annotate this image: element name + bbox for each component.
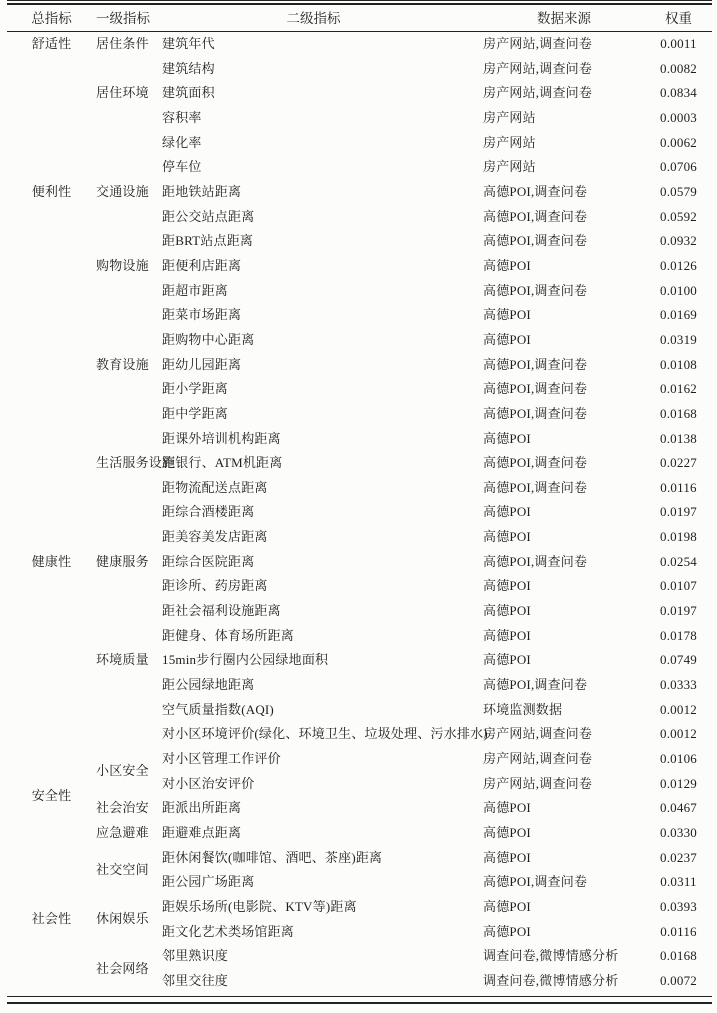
table-row: 休闲娱乐距娱乐场所(电影院、KTV等)距离高德POI0.0393 [7,895,712,920]
indicator-cell: 邻里交往度 [144,969,483,994]
indicator-cell: 距社会福利设施距离 [144,599,483,624]
table-row: 社会网络邻里熟识度调查问卷,微博情感分析0.0168 [7,944,712,969]
col-header-level2-indicator: 二级指标 [144,2,483,32]
source-cell: 高德POI [483,821,645,846]
indicator-cell: 建筑结构 [144,57,483,82]
source-cell: 调查问卷,微博情感分析 [483,944,645,969]
source-cell: 房产网站,调查问卷 [483,32,645,57]
weight-cell: 0.0062 [645,131,712,156]
level1-indicator-cell: 教育设施 [96,353,144,452]
source-cell: 环境监测数据 [483,698,645,723]
table-bottom-rule-thin [7,996,712,997]
indicator-cell: 距菜市场距离 [144,303,483,328]
indicator-cell: 距综合医院距离 [144,550,483,575]
weight-cell: 0.0197 [645,500,712,525]
source-cell: 高德POI [483,574,645,599]
total-indicator-cell: 社会性 [7,846,96,994]
source-cell: 高德POI [483,624,645,649]
indicator-cell: 距超市距离 [144,279,483,304]
indicator-cell: 距娱乐场所(电影院、KTV等)距离 [144,895,483,920]
source-cell: 房产网站,调查问卷 [483,81,645,106]
weight-cell: 0.0003 [645,106,712,131]
weight-cell: 0.0330 [645,821,712,846]
source-cell: 高德POI,调查问卷 [483,870,645,895]
weight-cell: 0.0162 [645,377,712,402]
source-cell: 高德POI [483,648,645,673]
indicator-cell: 对小区治安评价 [144,772,483,797]
weight-cell: 0.0198 [645,525,712,550]
total-indicator-cell: 舒适性 [7,32,96,180]
indicator-cell: 距课外培训机构距离 [144,427,483,452]
indicator-cell: 对小区管理工作评价 [144,747,483,772]
source-cell: 高德POI,调查问卷 [483,451,645,476]
weight-cell: 0.0932 [645,229,712,254]
level1-indicator-cell: 社交空间 [96,846,144,895]
table-row: 社会性社交空间距休闲餐饮(咖啡馆、酒吧、茶座)距离高德POI0.0237 [7,846,712,871]
weight-cell: 0.0467 [645,796,712,821]
weight-cell: 0.0168 [645,944,712,969]
indicator-cell: 对小区环境评价(绿化、环境卫生、垃圾处理、污水排水) [144,722,483,747]
weight-cell: 0.0333 [645,673,712,698]
indicator-cell: 15min步行圈内公园绿地面积 [144,648,483,673]
table-row: 购物设施距便利店距离高德POI0.0126 [7,254,712,279]
source-cell: 高德POI [483,796,645,821]
source-cell: 高德POI [483,920,645,945]
table-row: 生活服务设施距银行、ATM机距离高德POI,调查问卷0.0227 [7,451,712,476]
table-body: 舒适性居住条件建筑年代房产网站,调查问卷0.0011建筑结构房产网站,调查问卷0… [7,32,712,994]
weight-cell: 0.0116 [645,476,712,501]
weight-cell: 0.0197 [645,599,712,624]
indicator-cell: 距便利店距离 [144,254,483,279]
weight-cell: 0.0108 [645,353,712,378]
source-cell: 高德POI,调查问卷 [483,402,645,427]
source-cell: 高德POI [483,500,645,525]
weight-cell: 0.0107 [645,574,712,599]
table-row: 社会治安距派出所距离高德POI0.0467 [7,796,712,821]
document-page: 总指标 一级指标 二级指标 数据来源 权重 舒适性居住条件建筑年代房产网站,调查… [0,0,717,1013]
indicator-cell: 距银行、ATM机距离 [144,451,483,476]
weight-cell: 0.0227 [645,451,712,476]
indicator-cell: 距小学距离 [144,377,483,402]
col-header-level1-indicator: 一级指标 [96,2,144,32]
weight-cell: 0.0319 [645,328,712,353]
indicator-cell: 建筑面积 [144,81,483,106]
weight-cell: 0.0168 [645,402,712,427]
source-cell: 高德POI [483,895,645,920]
weight-cell: 0.0106 [645,747,712,772]
source-cell: 高德POI,调查问卷 [483,353,645,378]
level1-indicator-cell: 交通设施 [96,180,144,254]
table-row: 居住环境建筑面积房产网站,调查问卷0.0834 [7,81,712,106]
level1-indicator-cell: 环境质量 [96,648,144,747]
source-cell: 高德POI,调查问卷 [483,205,645,230]
indicator-cell: 空气质量指数(AQI) [144,698,483,723]
indicator-cell: 距中学距离 [144,402,483,427]
source-cell: 房产网站 [483,106,645,131]
source-cell: 高德POI,调查问卷 [483,673,645,698]
source-cell: 高德POI [483,303,645,328]
weight-cell: 0.0178 [645,624,712,649]
total-indicator-cell: 安全性 [7,747,96,846]
table-header-row: 总指标 一级指标 二级指标 数据来源 权重 [7,2,712,32]
source-cell: 高德POI,调查问卷 [483,550,645,575]
table-row: 便利性交通设施距地铁站距离高德POI,调查问卷0.0579 [7,180,712,205]
indicator-cell: 距幼儿园距离 [144,353,483,378]
source-cell: 房产网站 [483,155,645,180]
source-cell: 高德POI [483,254,645,279]
source-cell: 高德POI [483,427,645,452]
weight-cell: 0.0169 [645,303,712,328]
weight-cell: 0.0012 [645,722,712,747]
table-row: 健康性健康服务距综合医院距离高德POI,调查问卷0.0254 [7,550,712,575]
indicator-cell: 建筑年代 [144,32,483,57]
indicator-weight-table: 总指标 一级指标 二级指标 数据来源 权重 舒适性居住条件建筑年代房产网站,调查… [7,2,712,994]
source-cell: 房产网站,调查问卷 [483,747,645,772]
indicator-cell: 距休闲餐饮(咖啡馆、酒吧、茶座)距离 [144,846,483,871]
weight-cell: 0.0082 [645,57,712,82]
level1-indicator-cell: 健康服务 [96,550,144,649]
table-row: 安全性小区安全对小区管理工作评价房产网站,调查问卷0.0106 [7,747,712,772]
indicator-cell: 距避难点距离 [144,821,483,846]
source-cell: 房产网站,调查问卷 [483,772,645,797]
source-cell: 高德POI [483,328,645,353]
weight-cell: 0.0138 [645,427,712,452]
total-indicator-cell: 健康性 [7,550,96,747]
total-indicator-cell: 便利性 [7,180,96,550]
level1-indicator-cell: 社会治安 [96,796,144,821]
indicator-cell: 距诊所、药房距离 [144,574,483,599]
weight-cell: 0.0100 [645,279,712,304]
indicator-cell: 距物流配送点距离 [144,476,483,501]
table-row: 舒适性居住条件建筑年代房产网站,调查问卷0.0011 [7,32,712,57]
weight-cell: 0.0592 [645,205,712,230]
table-bottom-rule-thick [7,1002,712,1004]
indicator-cell: 距BRT站点距离 [144,229,483,254]
weight-cell: 0.0393 [645,895,712,920]
indicator-cell: 距综合酒楼距离 [144,500,483,525]
indicator-cell: 距文化艺术类场馆距离 [144,920,483,945]
source-cell: 高德POI [483,525,645,550]
indicator-cell: 停车位 [144,155,483,180]
weight-cell: 0.0237 [645,846,712,871]
indicator-cell: 距公交站点距离 [144,205,483,230]
source-cell: 高德POI [483,846,645,871]
weight-cell: 0.0579 [645,180,712,205]
weight-cell: 0.0012 [645,698,712,723]
source-cell: 高德POI,调查问卷 [483,476,645,501]
indicator-cell: 容积率 [144,106,483,131]
level1-indicator-cell: 社会网络 [96,944,144,993]
weight-cell: 0.0011 [645,32,712,57]
col-header-data-source: 数据来源 [483,2,645,32]
source-cell: 高德POI [483,599,645,624]
level1-indicator-cell: 应急避难 [96,821,144,846]
source-cell: 房产网站 [483,131,645,156]
indicator-cell: 邻里熟识度 [144,944,483,969]
col-header-total-indicator: 总指标 [7,2,96,32]
source-cell: 房产网站,调查问卷 [483,57,645,82]
weight-cell: 0.0706 [645,155,712,180]
level1-indicator-cell: 小区安全 [96,747,144,796]
indicator-cell: 距地铁站距离 [144,180,483,205]
weight-cell: 0.0311 [645,870,712,895]
source-cell: 调查问卷,微博情感分析 [483,969,645,994]
weight-cell: 0.0129 [645,772,712,797]
source-cell: 高德POI,调查问卷 [483,229,645,254]
weight-cell: 0.0116 [645,920,712,945]
source-cell: 高德POI,调查问卷 [483,279,645,304]
table-top-rule-thin [7,0,712,1]
indicator-cell: 距派出所距离 [144,796,483,821]
indicator-cell: 距公园广场距离 [144,870,483,895]
weight-cell: 0.0834 [645,81,712,106]
level1-indicator-cell: 休闲娱乐 [96,895,144,944]
indicator-cell: 绿化率 [144,131,483,156]
level1-indicator-cell: 购物设施 [96,254,144,353]
col-header-weight: 权重 [645,2,712,32]
source-cell: 高德POI,调查问卷 [483,377,645,402]
table-row: 应急避难距避难点距离高德POI0.0330 [7,821,712,846]
indicator-cell: 距健身、体育场所距离 [144,624,483,649]
weight-cell: 0.0254 [645,550,712,575]
level1-indicator-cell: 居住环境 [96,81,144,180]
table-row: 教育设施距幼儿园距离高德POI,调查问卷0.0108 [7,353,712,378]
indicator-cell: 距美容美发店距离 [144,525,483,550]
level1-indicator-cell: 居住条件 [96,32,144,82]
weight-cell: 0.0072 [645,969,712,994]
source-cell: 房产网站,调查问卷 [483,722,645,747]
indicator-cell: 距购物中心距离 [144,328,483,353]
weight-cell: 0.0126 [645,254,712,279]
indicator-cell: 距公园绿地距离 [144,673,483,698]
weight-cell: 0.0749 [645,648,712,673]
level1-indicator-cell: 生活服务设施 [96,451,144,550]
table-row: 环境质量15min步行圈内公园绿地面积高德POI0.0749 [7,648,712,673]
source-cell: 高德POI,调查问卷 [483,180,645,205]
